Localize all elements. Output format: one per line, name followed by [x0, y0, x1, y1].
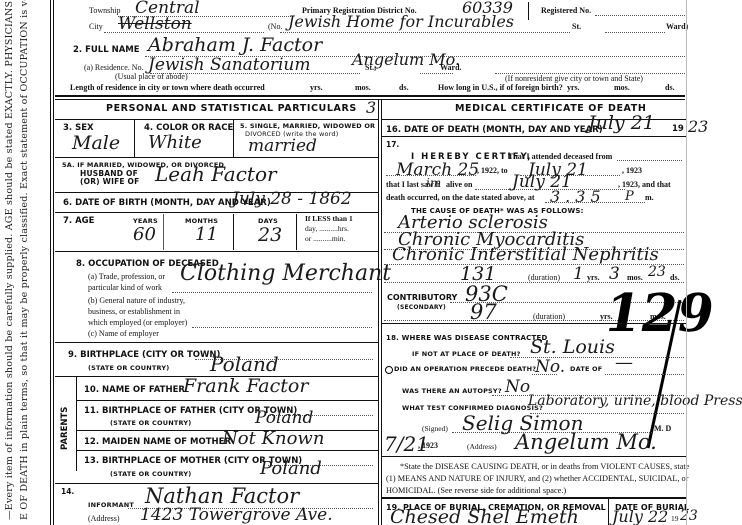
- operation-value: No.: [535, 357, 565, 377]
- side-note-line-1: —Every item of information should be car…: [4, 0, 15, 520]
- mother-name-value: Not Known: [222, 428, 324, 449]
- personal-heading: PERSONAL AND STATISTICAL PARTICULARS: [106, 103, 357, 114]
- column-divider: [378, 99, 379, 525]
- registered-no-label: Registered No.: [541, 6, 591, 15]
- form-left-border-inner: [53, 0, 54, 525]
- mother-birthplace-value: Poland: [260, 458, 322, 479]
- date-of-death-year: 23: [688, 117, 708, 136]
- months-divider: [233, 214, 234, 250]
- occupation-c-label: (c) Name of employer: [88, 329, 159, 338]
- institution-prefix: (No.: [268, 22, 282, 31]
- occupation-a-value: Clothing Merchant: [180, 261, 391, 286]
- days-value: 23: [258, 224, 282, 246]
- us-yrs: yrs.: [567, 83, 580, 92]
- side-note-line-2: E OF DEATH in plain terms, so that it ma…: [19, 0, 30, 520]
- item-17-label: 17.: [386, 140, 399, 149]
- occupation-a-line: [172, 292, 372, 293]
- occupation-a-label-1: (a) Trade, profession, or: [88, 272, 165, 281]
- nonresident-note: (If nonresident give city or town and St…: [505, 74, 643, 83]
- marital-label-1: 5. SINGLE, MARRIED, WIDOWED OR: [240, 122, 375, 130]
- full-name-value: Abraham J. Factor: [148, 34, 322, 56]
- occupation-b-line: [192, 327, 372, 328]
- mother-name-label: 12. MAIDEN NAME OF MOTHER: [84, 437, 231, 447]
- row-rule-4: [55, 251, 378, 252]
- full-name-label: 2. FULL NAME: [73, 45, 140, 55]
- address-label: (Address): [88, 514, 120, 523]
- residence-ward-label: Ward.: [440, 63, 462, 72]
- burial-year-prefix: 19: [671, 514, 679, 523]
- birthplace-state-label: (STATE OR COUNTRY): [88, 364, 169, 372]
- section-mark: 3: [366, 98, 376, 117]
- sex-value: Male: [72, 132, 120, 154]
- test-value: Laboratory, urine, blood Pressure: [528, 393, 742, 409]
- informant-number: 14.: [61, 487, 74, 496]
- occupation-b-label-3: which employed (or employer): [88, 318, 187, 327]
- ward-label: Ward): [666, 22, 688, 31]
- us-ds: ds.: [665, 83, 675, 92]
- spouse-label-3: (OR) WIFE OF: [80, 177, 139, 186]
- duration-ds-label: ds.: [670, 273, 680, 282]
- institution-line: [280, 32, 570, 33]
- length-ds: ds.: [399, 83, 409, 92]
- attended-to-year: , 1923: [622, 166, 642, 175]
- less-than-label-1: If LESS than 1: [305, 214, 353, 223]
- row-rule-signed: [381, 456, 686, 457]
- contracted-label: 18. WHERE WAS DISEASE CONTRACTED: [386, 334, 547, 342]
- institution-value: Jewish Home for Incurables: [288, 12, 514, 31]
- duration-yrs-value: 1: [573, 264, 584, 284]
- less-than-label-3: or ..........min.: [305, 234, 345, 243]
- contributory-label: CONTRIBUTORY: [387, 293, 457, 302]
- length-mos: mos.: [355, 83, 371, 92]
- age-label: 7. AGE: [63, 216, 94, 226]
- residence-label: (a) Residence. No.: [84, 63, 144, 72]
- signed-address-value: Angelum Mo.: [515, 430, 657, 454]
- row-rule-7: [76, 400, 378, 401]
- operation-circle-mark: [385, 366, 393, 374]
- us-residence-label: How long in U.S., if of foreign birth?: [438, 83, 563, 92]
- operation-label: DID AN OPERATION PRECEDE DEATH?: [394, 365, 536, 373]
- city-value: Wellston: [118, 14, 192, 34]
- years-divider: [163, 214, 164, 250]
- city-label: City: [89, 22, 103, 31]
- length-of-residence-label: Length of residence in city or town wher…: [70, 83, 265, 92]
- marital-value: married: [248, 136, 317, 156]
- autopsy-value: No: [505, 377, 530, 397]
- personal-heading-rule: [55, 119, 378, 120]
- footnote-line-1: *State the DISEASE CAUSING DEATH, or in …: [400, 462, 689, 471]
- row-rule-1: [55, 157, 378, 158]
- us-mos: mos.: [614, 83, 630, 92]
- header-divider: [55, 95, 685, 97]
- operation-date-value: —: [615, 352, 633, 373]
- row-rule-3: [55, 212, 378, 213]
- burial-year: 23: [680, 508, 698, 524]
- birthplace-value: Poland: [210, 352, 279, 376]
- duration-2-label: (duration): [533, 312, 565, 321]
- alive-on-label: alive on: [446, 180, 472, 189]
- last-saw-pronoun: im: [426, 176, 441, 190]
- burial-date-value: July 22: [612, 507, 668, 525]
- row-rule-5: [55, 342, 378, 343]
- less-than-label-2: day, ..........hrs.: [305, 224, 349, 233]
- race-value: White: [148, 132, 202, 153]
- spouse-value: Leah Factor: [155, 162, 277, 186]
- not-at-place-label: IF NOT AT PLACE OF DEATH?: [412, 350, 521, 358]
- last-saw-year: , 1923, and that: [618, 180, 671, 189]
- residence-ward-line: [420, 73, 453, 74]
- contracted-value: St. Louis: [530, 336, 615, 358]
- registered-no-line: [595, 15, 685, 16]
- form-right-edge: [686, 0, 687, 525]
- race-divider: [233, 119, 234, 157]
- date-of-death-label: 16. DATE OF DEATH (MONTH, DAY AND YEAR): [386, 125, 603, 135]
- death-time-ampm: P: [625, 189, 634, 204]
- death-time-value: 3.35: [550, 187, 606, 206]
- footnote-line-3: HOMICIDAL. (See reverse side for additio…: [386, 486, 566, 495]
- days-divider: [296, 214, 297, 250]
- duration-mos-label: mos.: [627, 273, 643, 282]
- occupation-a-label-2: particular kind of work: [88, 283, 162, 292]
- registration-divider: [528, 2, 529, 20]
- date-of-death-value: July 21: [588, 112, 655, 134]
- code-contributory-2: 97: [470, 300, 497, 324]
- occupation-b-label-1: (b) General nature of industry,: [88, 296, 185, 305]
- certify-line: [617, 160, 682, 161]
- parents-label: PARENTS: [60, 407, 70, 450]
- parents-divider: [76, 376, 77, 471]
- usual-place-label: (Usual place of abode): [115, 72, 188, 81]
- operation-date-label: DATE OF: [570, 365, 602, 373]
- signed-address-label: (Address): [467, 442, 497, 451]
- operation-date-line: [605, 374, 684, 375]
- duration-label: (duration): [528, 273, 560, 282]
- row-rule-dod: [381, 136, 686, 137]
- township-label: Township: [89, 6, 120, 15]
- residence-st-label: St.,: [365, 63, 376, 72]
- row-rule-contributory: [381, 323, 686, 324]
- months-value: 11: [195, 224, 218, 245]
- row-rule-9: [76, 450, 378, 451]
- burial-place-value: Chesed Shel Emeth: [390, 506, 579, 525]
- secondary-label: (SECONDARY): [397, 304, 446, 311]
- father-name-label: 10. NAME OF FATHER: [84, 385, 185, 395]
- sex-divider: [134, 119, 135, 157]
- side-instructions: —Every item of information should be car…: [0, 0, 48, 525]
- death-time-m: m.: [645, 193, 654, 202]
- dob-value: July 28 - 1862: [232, 189, 352, 209]
- footnote-line-2: (1) MEANS AND NATURE OF INJURY, and (2) …: [386, 474, 688, 483]
- burial-date-divider: [608, 499, 609, 525]
- ward-line: [605, 32, 665, 33]
- street-label: St.: [572, 22, 581, 31]
- duration-mos-value: 3: [609, 264, 620, 284]
- years-value: 60: [133, 224, 156, 245]
- date-of-death-year-prefix: 19: [672, 124, 684, 134]
- length-yrs: yrs.: [310, 83, 323, 92]
- signed-year: , 1923: [418, 441, 438, 450]
- father-name-value: Frank Factor: [183, 375, 308, 397]
- duration-ds-value: 23: [648, 264, 666, 280]
- column-divider-inner: [381, 99, 382, 525]
- attended-from-year: , 1922, to: [477, 166, 508, 175]
- burial-divider: [381, 497, 686, 499]
- address-value: 1423 Towergrove Ave.: [140, 505, 333, 525]
- death-occurred-label: death occurred, on the date stated above…: [386, 193, 535, 202]
- autopsy-label: WAS THERE AN AUTOPSY?: [402, 387, 502, 395]
- form-left-border: [50, 0, 51, 525]
- duration-yrs-label: yrs.: [587, 273, 600, 282]
- cause-3: Chronic Interstitial Nephritis: [392, 244, 659, 265]
- father-birthplace-value: Poland: [255, 408, 313, 428]
- mother-birthplace-state-label: (STATE OR COUNTRY): [110, 470, 191, 478]
- occupation-b-label-2: business, or establishment in: [88, 307, 180, 316]
- father-birthplace-state-label: (STATE OR COUNTRY): [110, 419, 191, 427]
